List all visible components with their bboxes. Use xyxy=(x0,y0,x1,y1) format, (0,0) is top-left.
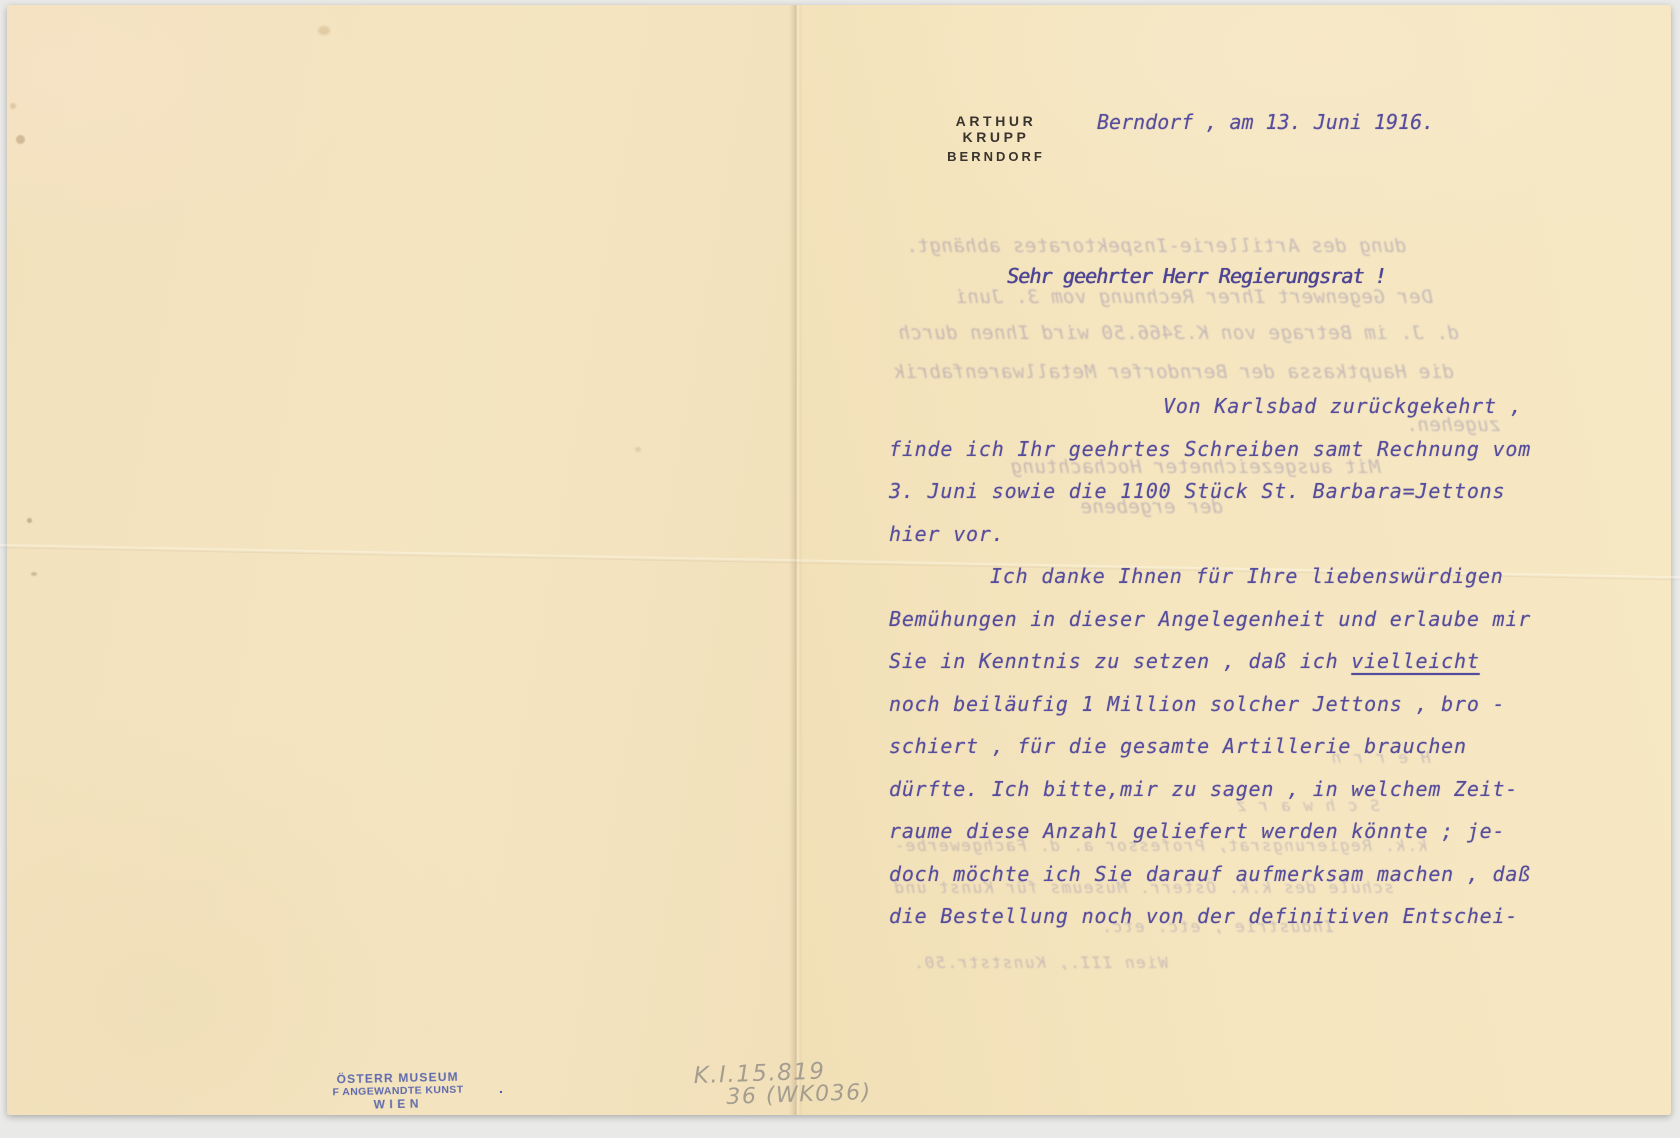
typed-line: Von Karlsbad zurückgekehrt , xyxy=(1163,385,1531,428)
pencil-inventory: K.I.15.819 36 (WK036) xyxy=(693,1057,872,1111)
salutation: Sehr geehrter Herr Regierungsrat ! xyxy=(1007,264,1386,288)
typed-line: raume diese Anzahl geliefert werden könn… xyxy=(889,810,1531,853)
museum-stamp: ÖSTERR MUSEUM F ANGEWANDTE KUNST WIEN xyxy=(323,1070,474,1112)
foxing-spot xyxy=(10,103,16,109)
foxing-spot xyxy=(31,572,37,576)
scan-background: dung des Artillerie-Inspektorates abhäng… xyxy=(0,0,1680,1138)
typed-line: hier vor. xyxy=(889,513,1531,556)
foxing-spot xyxy=(635,447,641,452)
typed-line: schiert , für die gesamte Artillerie bra… xyxy=(889,725,1531,768)
typed-line: Bemühungen in dieser Angelegenheit und e… xyxy=(889,598,1531,641)
bleedthrough-line: d. J. im Betrage von K.3466.50 wird Ihne… xyxy=(898,322,1459,344)
stamp-dot: . xyxy=(499,1086,503,1090)
typed-line: noch beiläufig 1 Million solcher Jettons… xyxy=(889,683,1531,726)
typed-line: doch möchte ich Sie darauf aufmerksam ma… xyxy=(889,853,1531,896)
letterhead-name: ARTHUR KRUPP xyxy=(925,113,1067,145)
letterhead-place: BERNDORF xyxy=(925,149,1067,164)
bleedthrough-line: Der Gegenwert Ihrer Rechnung vom 3. Juni xyxy=(955,286,1433,308)
typed-line: die Bestellung noch von der definitiven … xyxy=(889,895,1531,938)
typed-line: Ich danke Ihnen für Ihre liebenswürdigen xyxy=(990,555,1531,598)
foxing-spot xyxy=(27,518,32,523)
underlined-word: vielleicht xyxy=(1351,649,1479,673)
typed-line: finde ich Ihr geehrtes Schreiben samt Re… xyxy=(889,428,1531,471)
bleedthrough-line: dung des Artillerie-Inspektorates abhäng… xyxy=(905,235,1406,257)
bleedthrough-line: die Hauptkassa der Berndorfer Metallware… xyxy=(893,361,1454,383)
foxing-spot xyxy=(318,26,330,35)
typed-line: 3. Juni sowie die 1100 Stück St. Barbara… xyxy=(889,470,1531,513)
foxing-spot xyxy=(16,135,25,144)
bleedthrough-line: Wien III., Kunststr.50. xyxy=(912,953,1168,972)
dateline: Berndorf , am 13. Juni 1916. xyxy=(1097,110,1434,134)
pencil-line-2: 36 (WK036) xyxy=(726,1080,872,1110)
typed-body: Von Karlsbad zurückgekehrt ,finde ich Ih… xyxy=(889,385,1531,938)
typed-line: Sie in Kenntnis zu setzen , daß ich viel… xyxy=(889,640,1531,683)
typed-line: dürfte. Ich bitte,mir zu sagen , in welc… xyxy=(889,768,1531,811)
letterhead: ARTHUR KRUPP BERNDORF xyxy=(925,113,1067,164)
